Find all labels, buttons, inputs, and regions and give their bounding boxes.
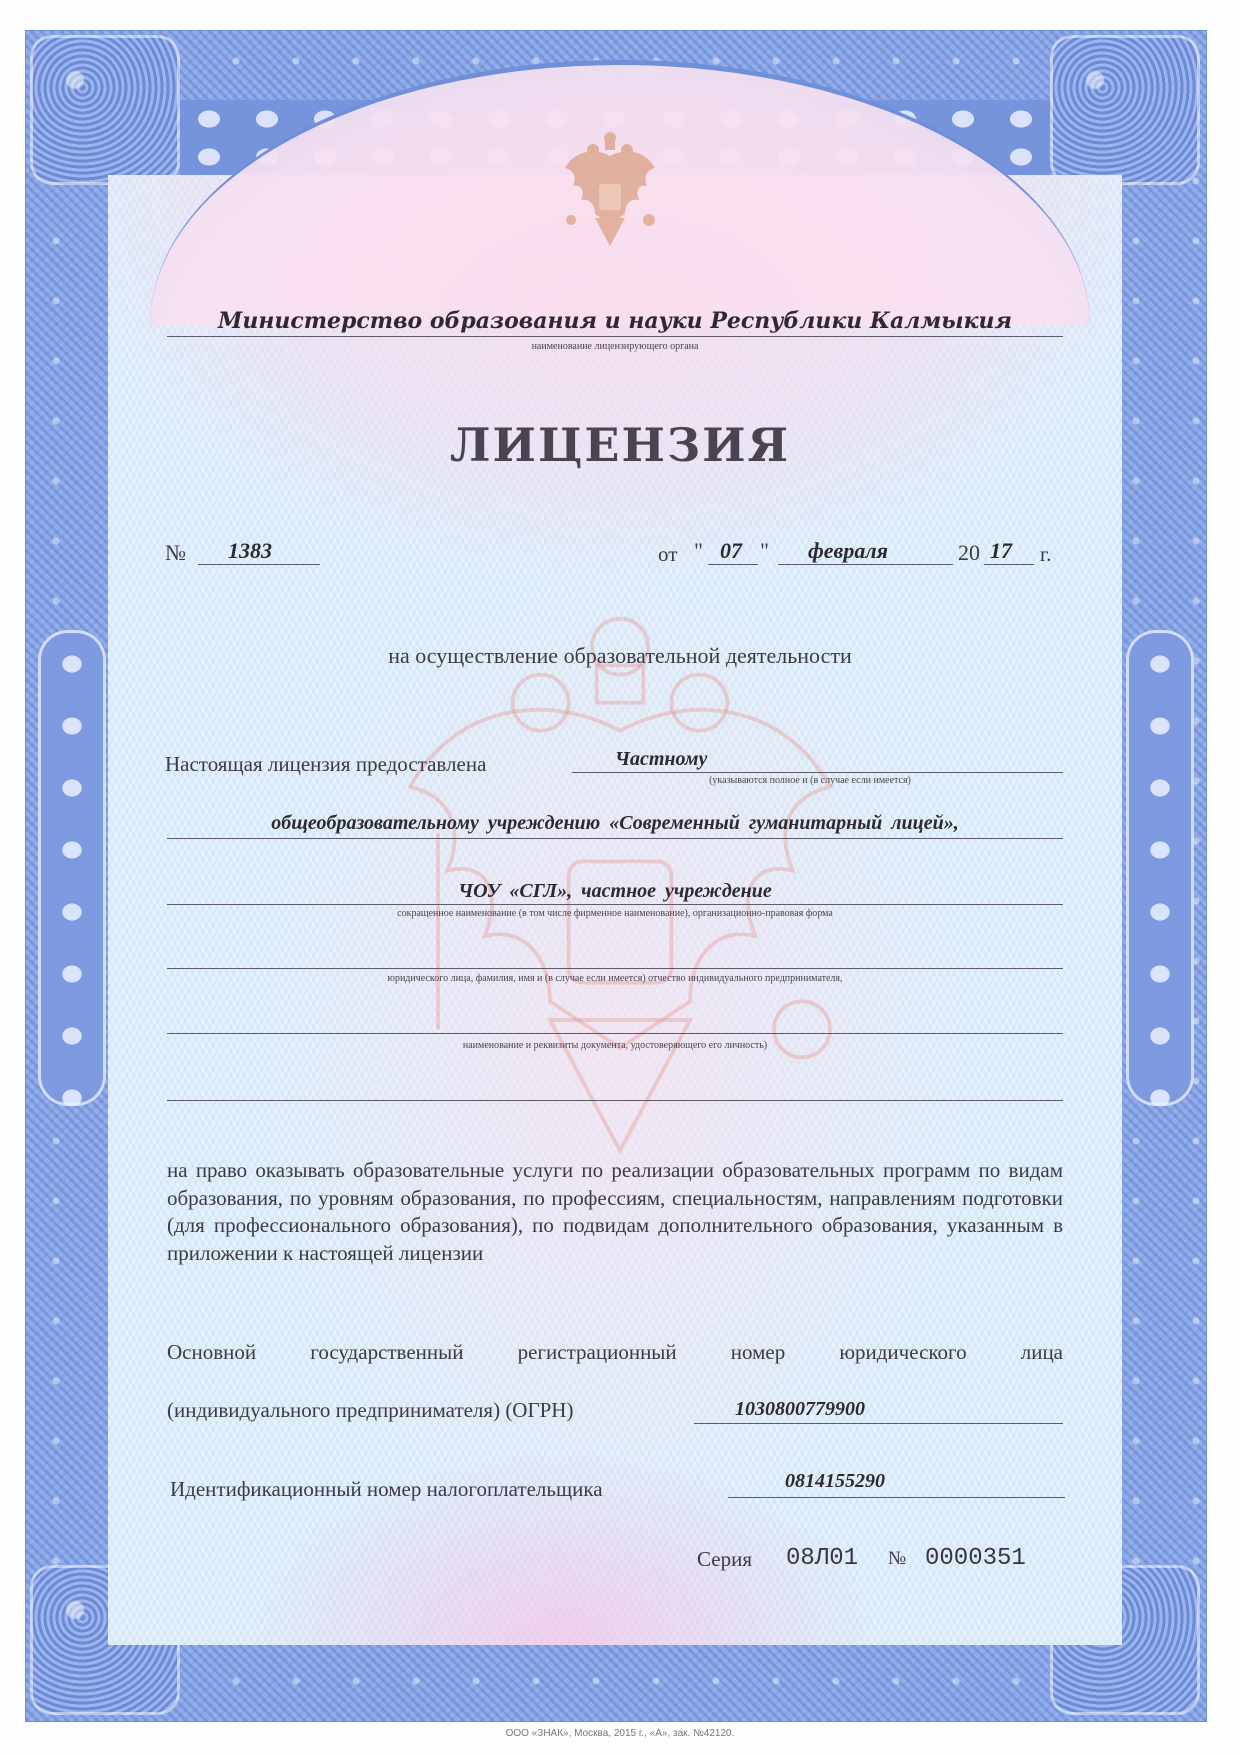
granted-to-underline-1 [572,772,1063,773]
series-value: 08Л01 [786,1545,858,1572]
issuer-underline [167,336,1063,337]
license-number: 1383 [228,538,272,564]
caption-id-document: наименование и реквизиты документа, удос… [167,1040,1063,1051]
blank-underline-2 [167,1033,1063,1034]
ogrn-label-line2: (индивидуального предпринимателя) (ОГРН) [167,1398,573,1423]
rights-paragraph: на право оказывать образовательные услуг… [167,1157,1063,1267]
series-label: Серия [697,1547,752,1572]
date-year-unit: г. [1040,542,1052,567]
caption-full-name: (указываются полное и (в случае если име… [660,775,960,786]
date-prefix: от [658,542,677,567]
printer-footer: ООО «ЗНАК», Москва, 2015 г., «А», зак. №… [0,1728,1240,1739]
number-underline [198,564,320,565]
issuer-caption: наименование лицензирующего органа [167,341,1063,352]
license-content: Министерство образования и науки Республ… [0,0,1240,1755]
caption-short-name: сокращенное наименование (в том числе фи… [167,908,1063,919]
inn-value: 0814155290 [785,1470,885,1493]
year-underline [984,564,1034,565]
granted-to-line1: Частному [615,748,707,771]
blank-underline-3 [167,1100,1063,1101]
granted-to-label: Настоящая лицензия предоставлена [165,752,486,777]
date-quote-close: " [760,538,769,564]
month-underline [778,564,953,565]
serial-number: 0000351 [925,1545,1026,1572]
ogrn-value: 1030800779900 [735,1398,865,1421]
granted-to-line2: общеобразовательному учреждению «Совреме… [167,812,1063,835]
number-prefix: № [165,540,186,566]
document-title: ЛИЦЕНЗИЯ [0,418,1240,472]
date-year-prefix: 20 [958,540,980,566]
date-year-suffix: 17 [990,538,1012,564]
issuer-name: Министерство образования и науки Республ… [165,308,1065,334]
license-purpose: на осуществление образовательной деятель… [0,643,1240,669]
inn-underline [728,1497,1065,1498]
day-underline [708,564,758,565]
ogrn-underline [694,1423,1063,1424]
date-day: 07 [720,538,742,564]
ogrn-label-line1: Основной государственный регистрационный… [167,1340,1063,1365]
caption-entity: юридического лица, фамилия, имя и (в слу… [167,973,1063,984]
serial-prefix: № [888,1548,906,1570]
granted-to-line3: ЧОУ «СГЛ», частное учреждение [167,880,1063,903]
date-quote-open: " [694,538,703,564]
blank-underline-1 [167,968,1063,969]
granted-to-underline-3 [167,904,1063,905]
granted-to-underline-2 [167,838,1063,839]
date-month: февраля [808,538,888,564]
inn-label: Идентификационный номер налогоплательщик… [170,1477,603,1502]
